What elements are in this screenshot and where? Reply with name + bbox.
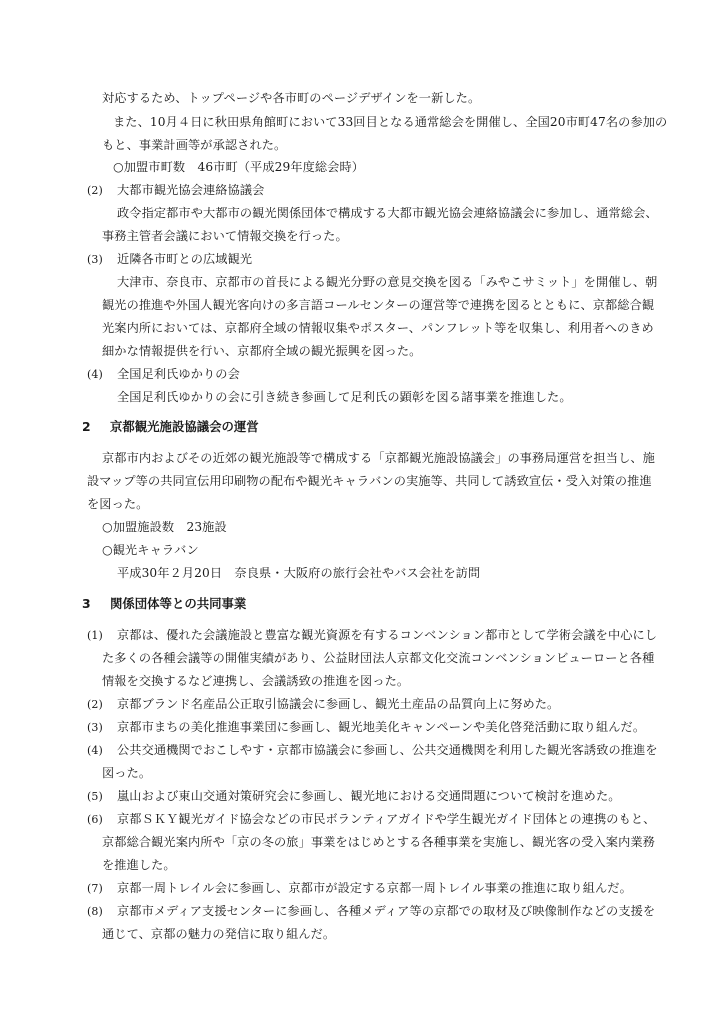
paragraph-line: 京都総合観光案内所や「京の冬の旅」事業をはじめとする各種事業を実施し、観光客の受… <box>102 834 655 850</box>
paragraph-line: 光案内所においては、京都府全域の情報収集やポスター、パンフレット等を収集し、利用… <box>102 320 654 336</box>
paragraph-line: 全国足利氏ゆかりの会に引き続き参画して足利氏の顕彰を図る諸事業を推進した。 <box>117 389 572 405</box>
paragraph-line: 事務主管者会議において情報交換を行った。 <box>102 228 348 244</box>
item-text: 京都一周トレイル会に参画し、京都市が設定する京都一周トレイル事業の推進に取り組ん… <box>117 881 632 895</box>
subsection-title: 大都市観光協会連絡協議会 <box>117 183 264 197</box>
paragraph-line: を図った。 <box>87 496 148 512</box>
list-item: (2)京都ブランド名産品公正取引協議会に参画し、観光土産品の品質向上に努めた。 <box>87 696 559 713</box>
item-number: (8) <box>87 904 117 920</box>
subsection-title: 全国足利氏ゆかりの会 <box>117 367 240 381</box>
item-number: (6) <box>87 812 117 828</box>
subsection-number: (2) <box>87 183 117 199</box>
list-item: (6)京都ＳＫＹ観光ガイド協会などの市民ボランティアガイドや学生観光ガイド団体と… <box>87 811 655 828</box>
list-item: (8)京都市メディア支援センターに参画し、各種メディア等の京都での取材及び映像制… <box>87 903 655 920</box>
fact-line: ○加盟施設数 23施設 <box>102 519 227 535</box>
item-text: 京都は、優れた会議施設と豊富な観光資源を有するコンベンション都市として学術会議を… <box>117 628 657 642</box>
list-item: (7)京都一周トレイル会に参画し、京都市が設定する京都一周トレイル事業の推進に取… <box>87 880 632 897</box>
list-item: (3)京都市まちの美化推進事業団に参画し、観光地美化キャンペーンや美化啓発活動に… <box>87 719 645 736</box>
subsection-title: 近隣各市町との広域観光 <box>117 252 252 266</box>
fact-line: ○加盟市町数 46市町（平成29年度総会時） <box>113 159 364 175</box>
paragraph-line: 設マップ等の共同宣伝用印刷物の配布や観光キャラバンの実施等、共同して誘致宣伝・受… <box>87 473 652 489</box>
subsection-heading: (4)全国足利氏ゆかりの会 <box>87 366 240 383</box>
item-number: (4) <box>87 743 117 759</box>
paragraph-line: 図った。 <box>102 765 151 781</box>
section-number: 2 <box>82 419 110 435</box>
list-item: (4)公共交通機関でおこしやす・京都市協議会に参画し、公共交通機関を利用した観光… <box>87 742 658 759</box>
subsection-number: (3) <box>87 252 117 268</box>
item-number: (1) <box>87 628 117 644</box>
section-title: 京都観光施設協議会の運営 <box>110 419 259 434</box>
subsection-heading: (2)大都市観光協会連絡協議会 <box>87 182 264 199</box>
item-number: (5) <box>87 789 117 805</box>
item-number: (2) <box>87 697 117 713</box>
item-text: 京都ＳＫＹ観光ガイド協会などの市民ボランティアガイドや学生観光ガイド団体との連携… <box>117 812 655 826</box>
paragraph-line: た多くの各種会議等の開催実績があり、公益財団法人京都文化交流コンベンションビュー… <box>102 650 654 666</box>
list-item: (1)京都は、優れた会議施設と豊富な観光資源を有するコンベンション都市として学術… <box>87 627 657 644</box>
subsection-number: (4) <box>87 367 117 383</box>
paragraph-line: 細かな情報提供を行い、京都府全域の観光振興を図った。 <box>102 343 421 359</box>
item-text: 京都市メディア支援センターに参画し、各種メディア等の京都での取材及び映像制作など… <box>117 904 655 918</box>
section-number: 3 <box>82 596 110 612</box>
fact-line: ○観光キャラバン <box>102 542 199 558</box>
subsection-heading: (3)近隣各市町との広域観光 <box>87 251 252 268</box>
paragraph-line: また、10月４日に秋田県角館町において33回目となる通常総会を開催し、全国20市… <box>113 114 667 130</box>
paragraph-line: もと、事業計画等が承認された。 <box>102 137 286 153</box>
section-heading: 3関係団体等との共同事業 <box>82 596 246 612</box>
paragraph-line: 対応するため、トップページや各市町のページデザインを一新した。 <box>102 90 480 106</box>
document-page: 対応するため、トップページや各市町のページデザインを一新した。 また、10月４日… <box>0 0 724 1024</box>
item-text: 京都市まちの美化推進事業団に参画し、観光地美化キャンペーンや美化啓発活動に取り組… <box>117 720 645 734</box>
paragraph-line: 観光の推進や外国人観光客向けの多言語コールセンターの運営等で連携を図るとともに、… <box>102 297 654 313</box>
paragraph-line: 政令指定都市や大都市の観光関係団体で構成する大都市観光協会連絡協議会に参加し、通… <box>117 205 658 221</box>
item-number: (3) <box>87 720 117 736</box>
item-number: (7) <box>87 881 117 897</box>
paragraph-line: 大津市、奈良市、京都市の首長による観光分野の意見交換を図る「みやこサミット」を開… <box>117 274 657 290</box>
item-text: 京都ブランド名産品公正取引協議会に参画し、観光土産品の品質向上に努めた。 <box>117 697 559 711</box>
paragraph-line: 情報を交換するなど連携し、会議誘致の推進を図った。 <box>102 673 409 689</box>
item-text: 公共交通機関でおこしやす・京都市協議会に参画し、公共交通機関を利用した観光客誘致… <box>117 743 658 757</box>
item-text: 嵐山および東山交通対策研究会に参画し、観光地における交通問題について検討を進めた… <box>117 789 621 803</box>
fact-detail-line: 平成30年２月20日 奈良県・大阪府の旅行会社やバス会社を訪問 <box>117 565 480 581</box>
paragraph-line: を推進した。 <box>102 857 176 873</box>
section-heading: 2京都観光施設協議会の運営 <box>82 419 259 435</box>
list-item: (5)嵐山および東山交通対策研究会に参画し、観光地における交通問題について検討を… <box>87 788 621 805</box>
paragraph-line: 通じて、京都の魅力の発信に取り組んだ。 <box>102 926 335 942</box>
section-title: 関係団体等との共同事業 <box>110 596 246 611</box>
paragraph-line: 京都市内およびその近郊の観光施設等で構成する「京都観光施設協議会」の事務局運営を… <box>102 450 655 466</box>
